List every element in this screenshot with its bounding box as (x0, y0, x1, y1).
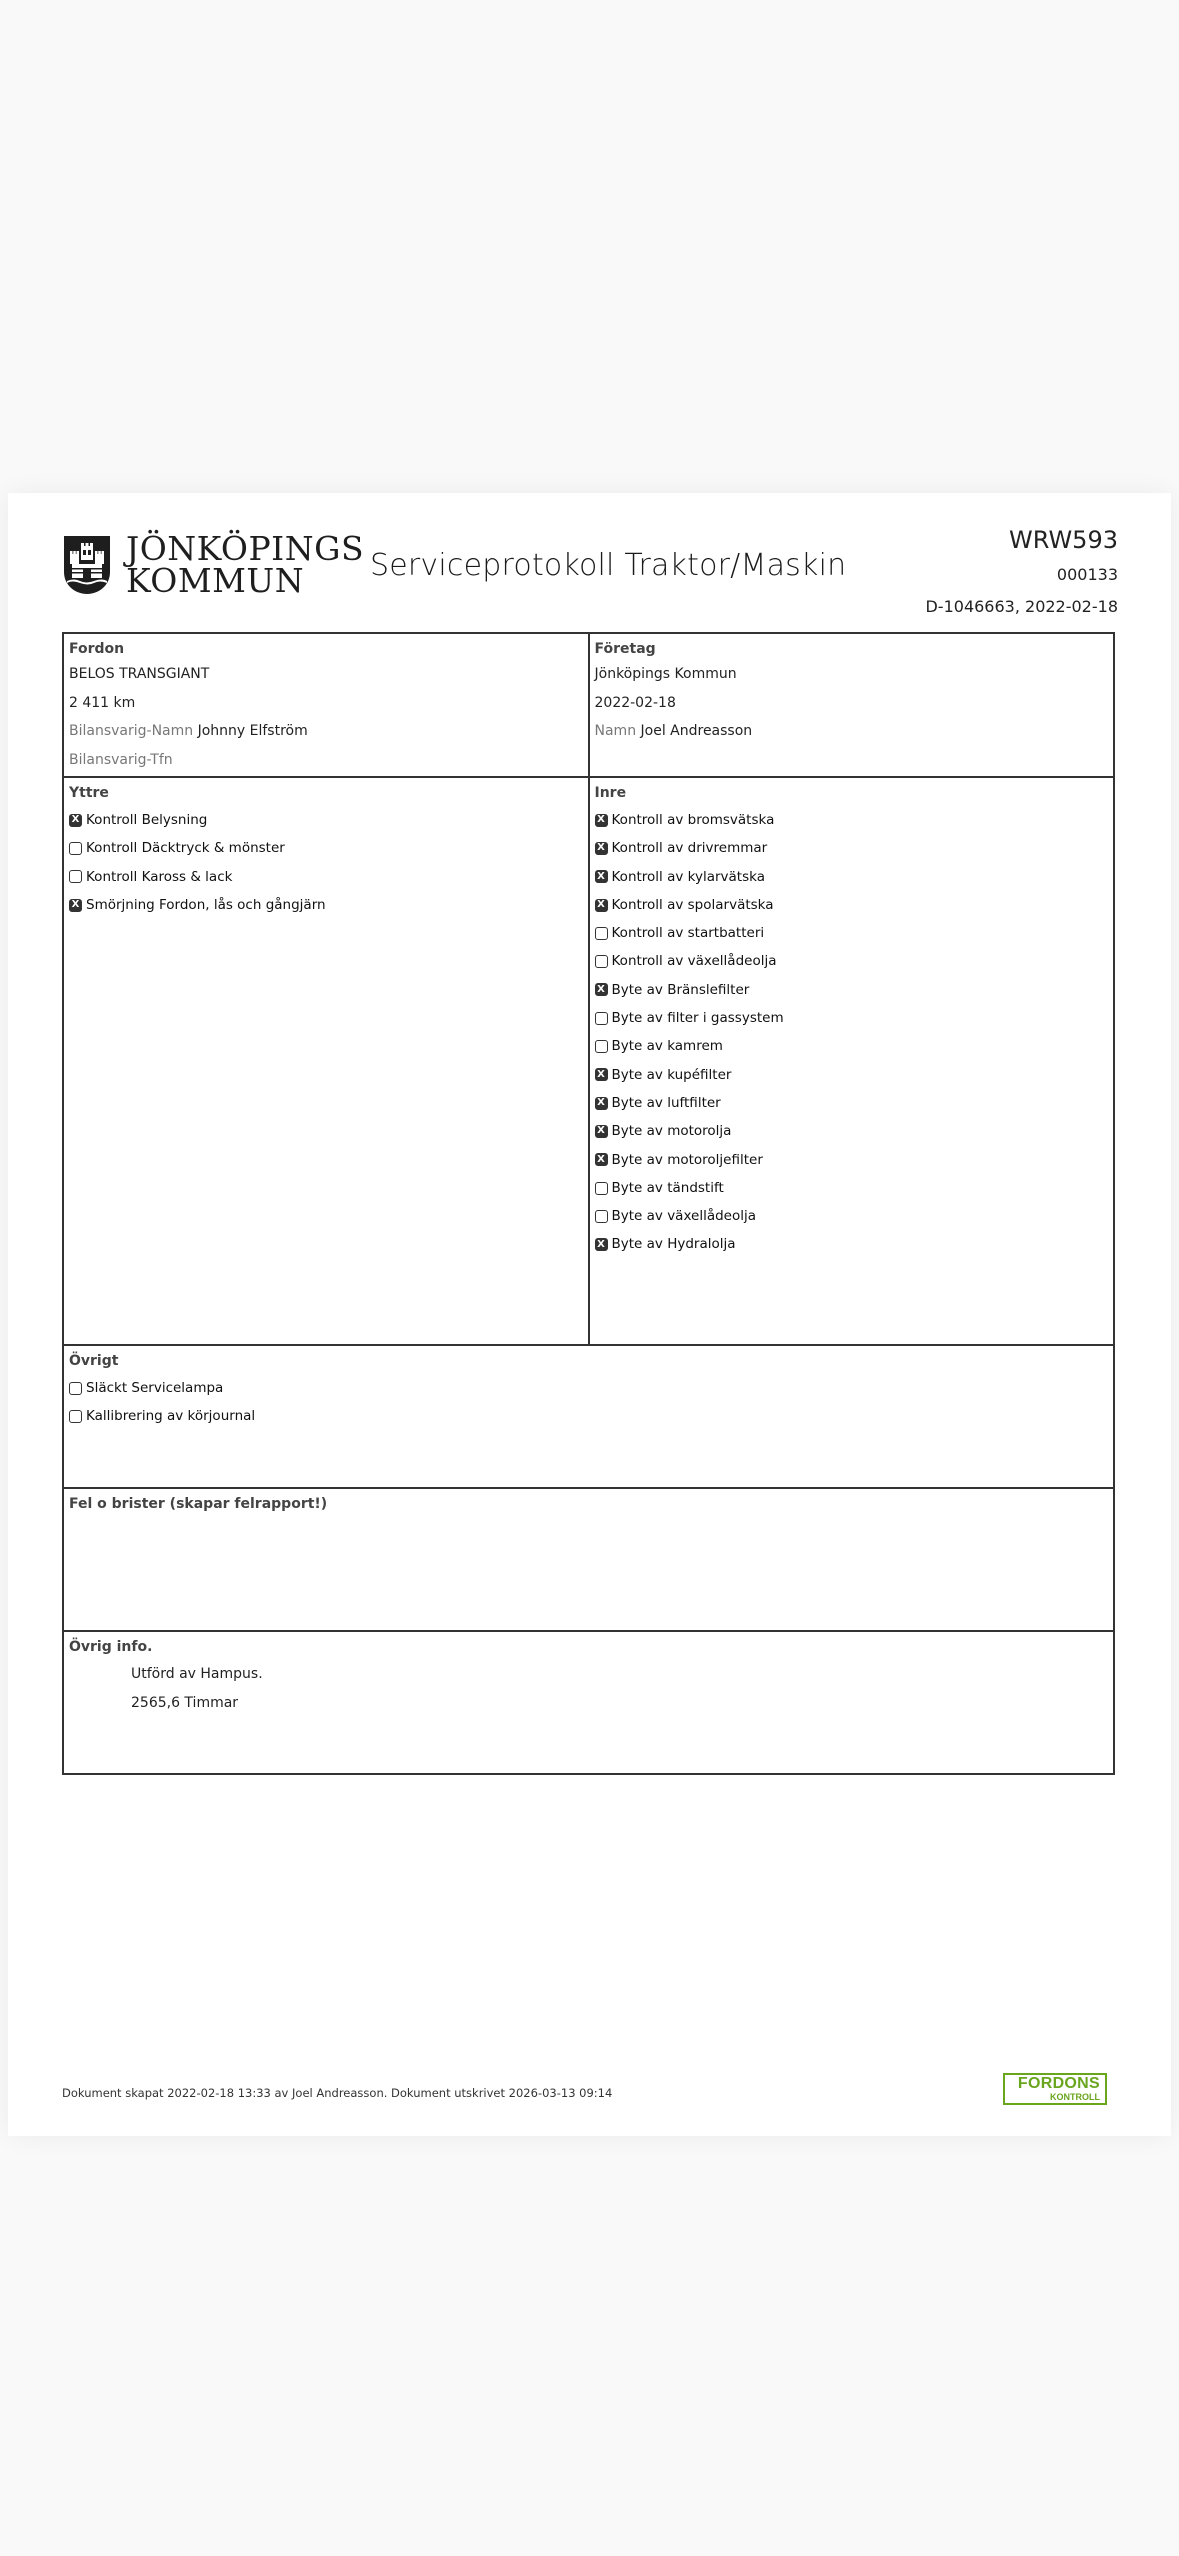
checkbox-unchecked-icon (595, 1040, 608, 1053)
checklist-item: XByte av Bränslefilter (595, 976, 1109, 1004)
checklist-item: XKontroll av kylarvätska (595, 863, 1109, 891)
checkbox-unchecked-icon (595, 927, 608, 940)
checkbox-checked-icon: X (595, 1125, 608, 1138)
technician-name-label: Namn (595, 723, 637, 739)
service-date: 2022-02-18 (595, 689, 1109, 718)
brand-line1: FORDONS (1005, 2076, 1100, 2092)
document-footer: Dokument skapat 2022-02-18 13:33 av Joel… (62, 2086, 612, 2100)
checklist-item-label: Kontroll av växellådeolja (612, 947, 777, 975)
checkbox-checked-icon: X (595, 842, 608, 855)
checklist-item-label: Kontroll Belysning (86, 806, 207, 834)
info-line: 2565,6 Timmar (69, 1689, 1108, 1718)
inre-checklist: XKontroll av bromsvätskaXKontroll av dri… (595, 806, 1109, 1259)
fordonskontroll-logo: FORDONS KONTROLL (1003, 2073, 1107, 2105)
brand-line2: KONTROLL (1005, 2092, 1100, 2102)
checklist-item: Kontroll av växellådeolja (595, 947, 1109, 975)
yttre-heading: Yttre (69, 782, 583, 804)
municipality-logo: JÖNKÖPINGS KOMMUN (62, 533, 364, 597)
checklist-item: Kontroll av startbatteri (595, 919, 1109, 947)
checklist-item: Byte av kamrem (595, 1032, 1109, 1060)
fel-section: Fel o brister (skapar felrapport!) (64, 1489, 1113, 1630)
checklist-item-label: Byte av Hydralolja (612, 1230, 736, 1258)
ovrig-info-heading: Övrig info. (69, 1636, 1108, 1658)
checklist-item: XByte av motorolja (595, 1117, 1109, 1145)
checklist-item-label: Byte av filter i gassystem (612, 1004, 784, 1032)
checklist-item-label: Byte av motoroljefilter (612, 1146, 763, 1174)
checklist-item: Kontroll Däcktryck & mönster (69, 834, 583, 862)
yttre-checklist: XKontroll BelysningKontroll Däcktryck & … (69, 806, 583, 919)
foretag-section: Företag Jönköpings Kommun 2022-02-18 Nam… (588, 634, 1114, 776)
checkbox-unchecked-icon (69, 842, 82, 855)
company-name: Jönköpings Kommun (595, 660, 1109, 689)
fordon-heading: Fordon (69, 638, 583, 660)
registration-number: WRW593 (925, 523, 1118, 557)
checklist-item-label: Kontroll av spolarvätska (612, 891, 774, 919)
checklist-item: Byte av filter i gassystem (595, 1004, 1109, 1032)
checklist-item: Byte av växellådeolja (595, 1202, 1109, 1230)
checklist-item: XByte av motoroljefilter (595, 1146, 1109, 1174)
checklist-item-label: Byte av luftfilter (612, 1089, 721, 1117)
yttre-section: Yttre XKontroll BelysningKontroll Däcktr… (64, 778, 588, 1344)
checklist-item-label: Kontroll av drivremmar (612, 834, 768, 862)
checklist-item: XKontroll av drivremmar (595, 834, 1109, 862)
checklist-item: Kontroll Kaross & lack (69, 863, 583, 891)
checklist-item: Släckt Servicelampa (69, 1374, 1108, 1402)
responsible-name-label: Bilansvarig-Namn (69, 723, 193, 739)
checklist-item-label: Kontroll av startbatteri (612, 919, 765, 947)
checklist-item: XSmörjning Fordon, lås och gångjärn (69, 891, 583, 919)
foretag-heading: Företag (595, 638, 1109, 660)
checkbox-checked-icon: X (595, 899, 608, 912)
checkbox-checked-icon: X (595, 814, 608, 827)
checkbox-unchecked-icon (69, 1382, 82, 1395)
checklist-item-label: Kontroll av kylarvätska (612, 863, 766, 891)
checklist-item-label: Byte av tändstift (612, 1174, 724, 1202)
checkbox-checked-icon: X (595, 1153, 608, 1166)
inre-heading: Inre (595, 782, 1109, 804)
checklist-item-label: Kontroll av bromsvätska (612, 806, 775, 834)
vehicle-mileage: 2 411 km (69, 689, 583, 718)
checklist-item-label: Kallibrering av körjournal (86, 1402, 255, 1430)
checklist-item: Byte av tändstift (595, 1174, 1109, 1202)
checkbox-unchecked-icon (69, 1410, 82, 1423)
checkbox-unchecked-icon (595, 955, 608, 968)
ovrig-info-section: Övrig info. Utförd av Hampus. 2565,6 Tim… (64, 1632, 1113, 1773)
checkbox-checked-icon: X (69, 814, 82, 827)
checkbox-checked-icon: X (595, 1238, 608, 1251)
checkbox-checked-icon: X (595, 983, 608, 996)
checklist-item-label: Byte av kupéfilter (612, 1061, 732, 1089)
responsible-name: Johnny Elfström (198, 723, 308, 739)
service-protocol-table: Fordon BELOS TRANSGIANT 2 411 km Bilansv… (62, 632, 1115, 1775)
checkbox-checked-icon: X (595, 870, 608, 883)
reference: D-1046663, 2022-02-18 (925, 593, 1118, 621)
checklist-item-label: Byte av kamrem (612, 1032, 723, 1060)
checkbox-checked-icon: X (69, 899, 82, 912)
checklist-item-label: Släckt Servicelampa (86, 1374, 223, 1402)
vehicle-model: BELOS TRANSGIANT (69, 660, 583, 689)
checklist-item-label: Byte av växellådeolja (612, 1202, 757, 1230)
checklist-item: XByte av kupéfilter (595, 1061, 1109, 1089)
checklist-item-label: Smörjning Fordon, lås och gångjärn (86, 891, 326, 919)
checkbox-unchecked-icon (69, 870, 82, 883)
checklist-item: XKontroll av bromsvätska (595, 806, 1109, 834)
checklist-item: Kallibrering av körjournal (69, 1402, 1108, 1430)
checkbox-checked-icon: X (595, 1068, 608, 1081)
document-title: Serviceprotokoll Traktor/Maskin (370, 548, 846, 583)
castle-crest-icon (62, 534, 112, 596)
checkbox-unchecked-icon (595, 1012, 608, 1025)
checklist-item: XKontroll Belysning (69, 806, 583, 834)
org-name-line2: KOMMUN (126, 565, 364, 597)
technician-name: Joel Andreasson (641, 723, 753, 739)
fel-heading: Fel o brister (skapar felrapport!) (69, 1493, 1108, 1515)
protocol-number: 000133 (925, 561, 1118, 589)
document-page: JÖNKÖPINGS KOMMUN Serviceprotokoll Trakt… (8, 493, 1171, 2136)
checklist-item-label: Kontroll Kaross & lack (86, 863, 232, 891)
checkbox-unchecked-icon (595, 1182, 608, 1195)
checklist-item-label: Kontroll Däcktryck & mönster (86, 834, 285, 862)
checklist-item-label: Byte av Bränslefilter (612, 976, 750, 1004)
checklist-item: XByte av Hydralolja (595, 1230, 1109, 1258)
ovrigt-section: Övrigt Släckt ServicelampaKallibrering a… (64, 1346, 1113, 1487)
ovrigt-checklist: Släckt ServicelampaKallibrering av körjo… (69, 1374, 1108, 1431)
ovrigt-heading: Övrigt (69, 1350, 1108, 1372)
responsible-phone-label: Bilansvarig-Tfn (69, 752, 173, 768)
checklist-item: XKontroll av spolarvätska (595, 891, 1109, 919)
checklist-item: XByte av luftfilter (595, 1089, 1109, 1117)
checkbox-checked-icon: X (595, 1097, 608, 1110)
checklist-item-label: Byte av motorolja (612, 1117, 732, 1145)
info-line: Utförd av Hampus. (69, 1660, 1108, 1689)
inre-section: Inre XKontroll av bromsvätskaXKontroll a… (588, 778, 1114, 1344)
document-meta: WRW593 000133 D-1046663, 2022-02-18 (925, 523, 1118, 621)
fordon-section: Fordon BELOS TRANSGIANT 2 411 km Bilansv… (64, 634, 588, 776)
checkbox-unchecked-icon (595, 1210, 608, 1223)
